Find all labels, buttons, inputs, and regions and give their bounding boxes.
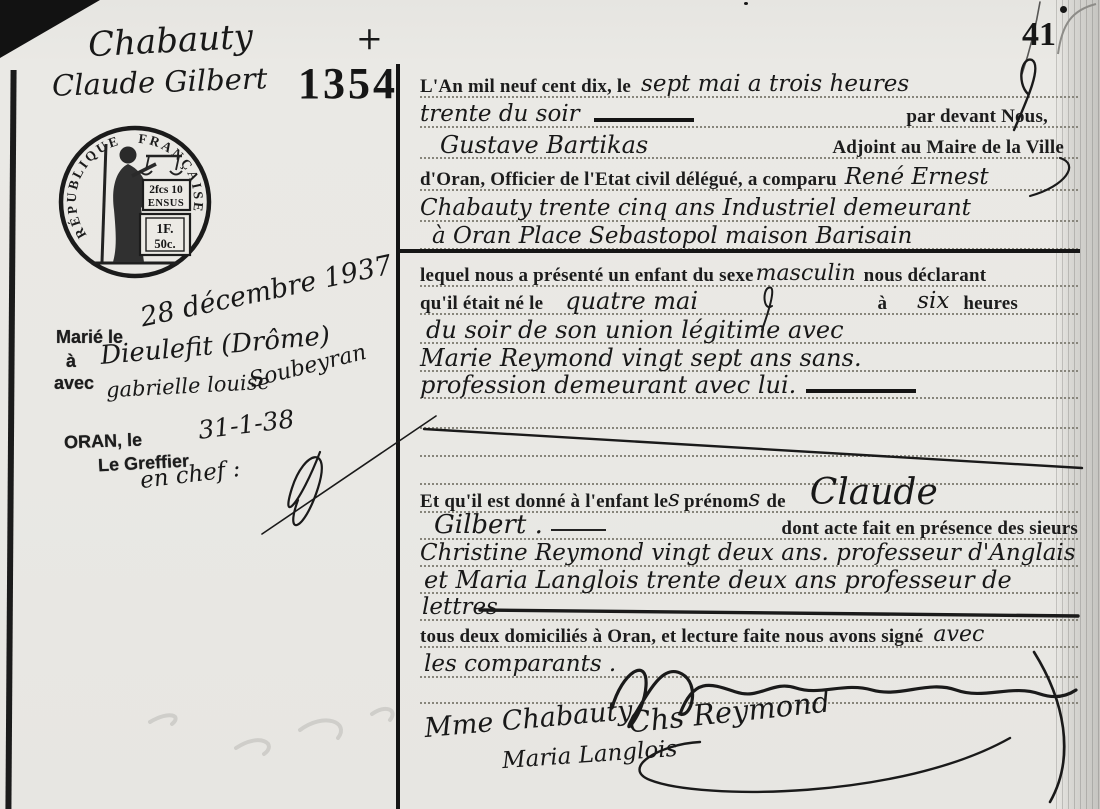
printed-text: prénom [684,492,749,511]
marriage-spouse-handwritten-1: gabrielle louise [106,372,271,402]
seal-price-centimes: 50c. [154,237,175,251]
fill-dash [806,389,916,393]
greffier-paraph [288,452,321,525]
clerk-date-handwritten: 31-1-38 [197,406,296,443]
act-line-16: lettres [420,592,1078,621]
handwritten-text: René Ernest [845,166,989,189]
handwritten-text: quatre mai [565,289,698,313]
revenue-stamp-seal: RÉPUBLIQUE FRANÇAISE 2fcs 10 ENSUS 1F. 5… [55,122,215,282]
section-separator-rule [398,249,1080,253]
handwritten-text: à Oran Place Sebastopol maison Barisain [432,225,912,248]
scan-corner-artifact [0,0,100,58]
printed-text: nous déclarant [864,266,987,285]
seal-price-francs: 1F. [156,221,173,236]
seal-price-box: 1F. 50c. [140,214,190,255]
handwritten-text: six [917,290,949,313]
ink-bleed-ghost-marks [150,709,393,754]
act-line-17: tous deux domiciliés à Oran, et lecture … [420,619,1078,648]
act-line-7: lequel nous a présenté un enfant du sexe… [420,258,1078,287]
act-line-8: qu'il était né le quatre mai à six heure… [420,286,1078,315]
handwritten-text: profession demeurant avec lui. [420,373,796,397]
act-line-2: trente du soir par devant Nous, [420,99,1078,128]
handwritten-text: trente du soir [420,103,580,126]
handwritten-text: et Maria Langlois trente deux ans profes… [424,568,1012,592]
act-line-11: profession demeurant avec lui. [420,370,1078,399]
scan-speck [744,2,748,5]
handwritten-text: Marie Reymond vingt sept ans sans. [420,346,862,370]
act-line-10: Marie Reymond vingt sept ans sans. [420,343,1078,372]
margin-child-firstnames: Claude Gilbert [52,64,268,100]
handwritten-text: avec [933,624,984,646]
act-line-5: Chabauty trente cinq ans Industriel deme… [420,193,1078,222]
act-line-13: Gilbert . dont acte fait en présence des… [420,511,1078,540]
printed-text: dont acte fait en présence des sieurs [781,519,1078,538]
marriage-stamp-a: à [66,352,76,370]
margin-cross-mark: + [356,22,383,54]
act-line-14: Christine Reymond vingt deux ans. profes… [420,538,1078,567]
act-number: 1354 [298,62,398,106]
handwritten-s: s [668,488,680,511]
scanned-birth-record-page: 41 Chabauty Claude Gilbert + 1354 RÉPUBL… [0,0,1100,809]
handwritten-text: Christine Reymond vingt deux ans. profes… [420,542,1076,565]
act-line-3: Gustave Bartikas Adjoint au Maire de la … [420,130,1078,159]
act-line-1: L'An mil neuf cent dix, le sept mai a tr… [420,69,1078,98]
printed-text: d'Oran, Officier de l'Etat civil délégué… [420,170,837,189]
handwritten-text: sept mai a trois heures [641,73,909,96]
printed-text: qu'il était né le [420,294,543,313]
handwritten-text: masculin [756,263,856,285]
folio-number: 41 [1022,18,1056,52]
blank-ruled-line [420,400,1078,429]
act-line-12: Et qu'il est donné à l'enfant le s préno… [420,477,1078,513]
scan-speck [1060,6,1067,13]
scan-left-edge-line [5,70,16,809]
printed-text: Et qu'il est donné à l'enfant le [420,492,668,511]
printed-text: par devant Nous, [906,107,1048,126]
handwritten-given-name: Claude [810,475,938,511]
act-line-4: d'Oran, Officier de l'Etat civil délégué… [420,162,1078,191]
handwritten-text: Chabauty trente cinq ans Industriel deme… [420,197,971,220]
marriage-stamp-avec: avec [54,374,94,392]
seal-duty-box: 2fcs 10 ENSUS [143,180,190,210]
printed-text: à [877,294,887,313]
printed-text: tous deux domiciliés à Oran, et lecture … [420,627,923,646]
svg-text:RÉPUBLIQUE: RÉPUBLIQUE [64,133,122,241]
seal-text-republique: RÉPUBLIQUE [64,133,122,241]
printed-text: heures [963,294,1018,313]
fill-dash [594,118,694,122]
printed-text: L'An mil neuf cent dix, le [420,77,631,96]
act-line-15: et Maria Langlois trente deux ans profes… [420,565,1078,594]
fill-line [551,529,606,531]
act-line-18: les comparants . [420,649,1078,678]
handwritten-text: Gustave Bartikas [440,133,648,157]
printed-text: Adjoint au Maire de la Ville [832,138,1064,157]
blank-ruled-line [420,428,1078,457]
seal-duty-value: 2fcs 10 [149,184,183,196]
handwritten-text: Gilbert . [434,512,543,538]
clerk-stamp-oran-le: ORAN, le [64,431,143,452]
margin-divider-rule [396,64,400,809]
act-line-9: du soir de son union légitime avec [420,315,1078,344]
handwritten-text: du soir de son union légitime avec [426,318,844,342]
printed-text: lequel nous a présenté un enfant du sexe [420,266,754,285]
printed-text: de [766,492,785,511]
margin-child-surname: Chabauty [87,20,254,63]
act-line-6: à Oran Place Sebastopol maison Barisain [420,221,1078,250]
handwritten-text: les comparants . [424,653,616,676]
handwritten-s: s [749,488,761,511]
handwritten-text: lettres [422,596,498,619]
reymond-signature-flourish [640,738,1010,792]
signature-witness-langlois: Maria Langlois [501,738,678,773]
seal-duty-label: ENSUS [148,198,184,209]
